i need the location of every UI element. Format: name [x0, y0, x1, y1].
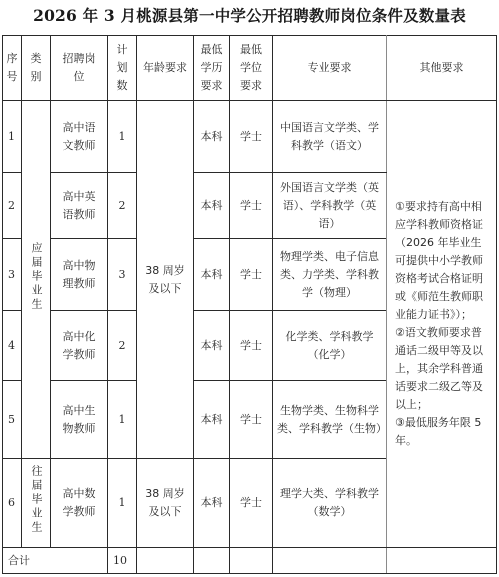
row-position: 高中语文教师: [51, 101, 108, 173]
row-index: 4: [3, 311, 22, 381]
row-major: 理学大类、学科教学（数学）: [273, 459, 387, 548]
row-degree: 学士: [230, 173, 273, 239]
age-fresh: 38 周岁及以下: [137, 101, 194, 459]
row-major: 物理学类、电子信息类、力学类、学科教学（物理）: [273, 239, 387, 311]
total-plan: 10: [108, 548, 137, 574]
total-empty-age: [137, 548, 194, 574]
row-education: 本科: [194, 311, 230, 381]
row-education: 本科: [194, 459, 230, 548]
header-education: 最低学历要求: [194, 36, 230, 101]
row-education: 本科: [194, 101, 230, 173]
row-education: 本科: [194, 239, 230, 311]
row-degree: 学士: [230, 381, 273, 459]
header-category: 类别: [22, 36, 51, 101]
row-major: 化学类、学科教学（化学）: [273, 311, 387, 381]
row-plan: 2: [108, 311, 137, 381]
row-plan: 1: [108, 459, 137, 548]
page-title: 2026 年 3 月桃源县第一中学公开招聘教师岗位条件及数量表: [0, 4, 499, 26]
recruitment-table: 序号 类别 招聘岗位 计划数 年龄要求 最低学历要求 最低学位要求 专业要求 其…: [2, 35, 497, 574]
row-major: 中国语言文学类、学科教学（语文）: [273, 101, 387, 173]
header-row: 序号 类别 招聘岗位 计划数 年龄要求 最低学历要求 最低学位要求 专业要求 其…: [3, 36, 497, 101]
row-index: 3: [3, 239, 22, 311]
row-degree: 学士: [230, 459, 273, 548]
row-degree: 学士: [230, 311, 273, 381]
age-past: 38 周岁及以下: [137, 459, 194, 548]
total-empty-major: [273, 548, 387, 574]
row-plan: 1: [108, 101, 137, 173]
row-position: 高中生物教师: [51, 381, 108, 459]
other-requirements: ①要求持有高中相应学科教师资格证（2026 年毕业生可提供中小学教师资格考试合格…: [387, 101, 497, 548]
row-index: 5: [3, 381, 22, 459]
category-fresh: 应届毕业生: [22, 101, 51, 459]
table-row: 1 应届毕业生 高中语文教师 1 38 周岁及以下 本科 学士 中国语言文学类、…: [3, 101, 497, 173]
header-degree: 最低学位要求: [230, 36, 273, 101]
row-plan: 2: [108, 173, 137, 239]
row-plan: 3: [108, 239, 137, 311]
row-position: 高中物理教师: [51, 239, 108, 311]
row-index: 6: [3, 459, 22, 548]
row-position: 高中英语教师: [51, 173, 108, 239]
total-empty-education: [194, 548, 230, 574]
total-label: 合计: [3, 548, 108, 574]
category-past: 往届毕业生: [22, 459, 51, 548]
row-major: 外国语言文学类（英语）、学科教学（英语）: [273, 173, 387, 239]
header-age: 年龄要求: [137, 36, 194, 101]
row-education: 本科: [194, 381, 230, 459]
other-requirement-2: ②语文教师要求普通话二级甲等及以上，其余学科普通话要求二级乙等及以上；: [395, 324, 490, 414]
row-major: 生物学类、生物科学类、学科教学（生物）: [273, 381, 387, 459]
other-requirement-1: ①要求持有高中相应学科教师资格证（2026 年毕业生可提供中小学教师资格考试合格…: [395, 198, 490, 324]
row-index: 1: [3, 101, 22, 173]
header-position: 招聘岗位: [51, 36, 108, 101]
header-major: 专业要求: [273, 36, 387, 101]
header-plan: 计划数: [108, 36, 137, 101]
row-index: 2: [3, 173, 22, 239]
row-plan: 1: [108, 381, 137, 459]
header-other: 其他要求: [387, 36, 497, 101]
header-index: 序号: [3, 36, 22, 101]
row-position: 高中化学教师: [51, 311, 108, 381]
total-empty-other: [387, 548, 497, 574]
row-degree: 学士: [230, 101, 273, 173]
row-position: 高中数学教师: [51, 459, 108, 548]
total-row: 合计 10: [3, 548, 497, 574]
other-requirement-3: ③最低服务年限 5 年。: [395, 414, 490, 450]
total-empty-degree: [230, 548, 273, 574]
row-degree: 学士: [230, 239, 273, 311]
row-education: 本科: [194, 173, 230, 239]
